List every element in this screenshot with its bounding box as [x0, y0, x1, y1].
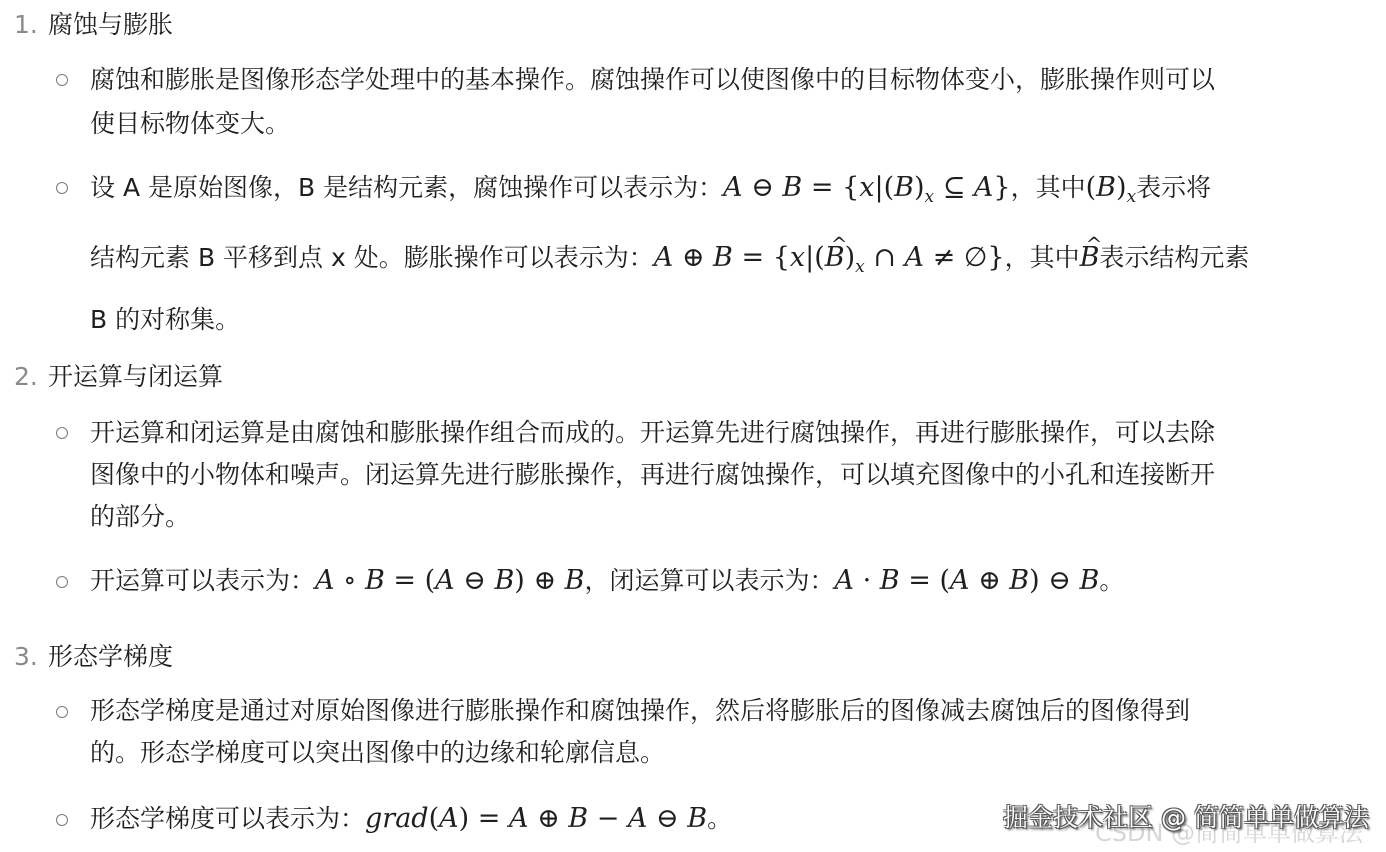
paragraph-line: 设 A 是原始图像，B 是结构元素，腐蚀操作可以表示为：A ⊖ B = {x|(… [90, 171, 1211, 214]
bullet-circle-icon [56, 182, 68, 194]
section-title: 开运算与闭运算 [48, 362, 223, 391]
section-number: 2. [14, 360, 48, 394]
section-title: 形态学梯度 [48, 642, 173, 671]
paragraph-line: 开运算和闭运算是由腐蚀和膨胀操作组合而成的。开运算先进行腐蚀操作，再进行膨胀操作… [90, 416, 1215, 450]
document-page: 1.腐蚀与膨胀 腐蚀和膨胀是图像形态学处理中的基本操作。腐蚀操作可以使图像中的目… [0, 0, 1386, 852]
text-span: ，其中 [1011, 173, 1086, 202]
paragraph-line: 结构元素 B 平移到点 x 处。膨胀操作可以表示为：A ⊕ B = {x|(B)… [90, 241, 1249, 284]
paragraph-line: B 的对称集。 [90, 303, 240, 337]
b-hat-symbol: B [1080, 242, 1100, 273]
section-heading-1: 1.腐蚀与膨胀 [14, 8, 173, 42]
section-heading-2: 2.开运算与闭运算 [14, 360, 223, 394]
paragraph-line: 开运算可以表示为：A ∘ B = (A ⊖ B) ⊕ B，闭运算可以表示为：A … [90, 564, 1124, 598]
text-span: 开运算可以表示为： [90, 566, 315, 595]
paragraph-line: 腐蚀和膨胀是图像形态学处理中的基本操作。腐蚀操作可以使图像中的目标物体变小，膨胀… [90, 63, 1215, 97]
paragraph-line: 形态学梯度可以表示为：grad(A) = A ⊕ B − A ⊖ B。 [90, 802, 732, 836]
juejin-watermark: 掘金技术社区 @ 简简单单做算法 [1003, 798, 1369, 834]
paragraph-line: 图像中的小物体和噪声。闭运算先进行膨胀操作，再进行腐蚀操作，可以填充图像中的小孔… [90, 458, 1215, 492]
paragraph-line: 使目标物体变大。 [90, 107, 290, 141]
dilation-formula: A ⊕ B = {x|(B)x ∩ A ≠ ∅} [654, 242, 1005, 273]
text-span: 表示将 [1136, 173, 1211, 202]
text-span: ，其中 [1005, 243, 1080, 272]
section-heading-3: 3.形态学梯度 [14, 640, 173, 674]
text-span: 设 A 是原始图像，B 是结构元素，腐蚀操作可以表示为： [90, 173, 723, 202]
section-number: 3. [14, 640, 48, 674]
bullet-circle-icon [56, 427, 68, 439]
section-number: 1. [14, 8, 48, 42]
text-span: 表示结构元素 [1099, 243, 1249, 272]
bullet-circle-icon [56, 74, 68, 86]
text-span: 。 [707, 804, 732, 833]
closing-formula: A · B = (A ⊕ B) ⊖ B [835, 565, 1100, 596]
paragraph-line: 形态学梯度是通过对原始图像进行膨胀操作和腐蚀操作，然后将膨胀后的图像减去腐蚀后的… [90, 694, 1190, 728]
opening-formula: A ∘ B = (A ⊖ B) ⊕ B [315, 565, 584, 596]
bullet-circle-icon [56, 706, 68, 718]
text-span: 形态学梯度可以表示为： [90, 804, 365, 833]
bullet-circle-icon [56, 814, 68, 826]
erosion-formula: A ⊖ B = {x|(B)x ⊆ A} [723, 172, 1011, 203]
paragraph-line: 的。形态学梯度可以突出图像中的边缘和轮廓信息。 [90, 736, 665, 770]
translated-b-formula: (B)x [1086, 172, 1137, 203]
section-title: 腐蚀与膨胀 [48, 10, 173, 39]
text-span: 。 [1099, 566, 1124, 595]
text-span: ，闭运算可以表示为： [585, 566, 835, 595]
bullet-circle-icon [56, 576, 68, 588]
gradient-formula: grad(A) = A ⊕ B − A ⊖ B [365, 803, 707, 834]
paragraph-line: 的部分。 [90, 500, 190, 534]
text-span: 结构元素 B 平移到点 x 处。膨胀操作可以表示为： [90, 243, 654, 272]
